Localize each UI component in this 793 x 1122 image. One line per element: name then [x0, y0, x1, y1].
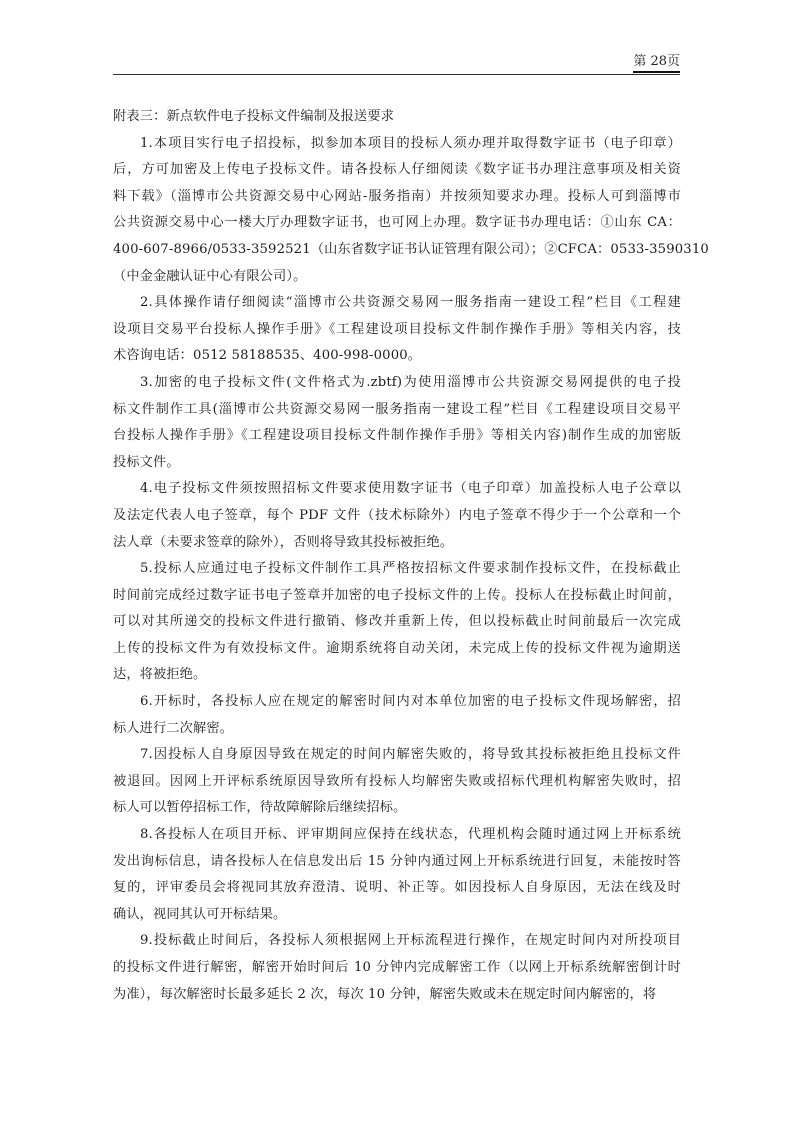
- text-line: 为准），每次解密时长最多延长 2 次，每次 10 分钟，解密失败或未在规定时间内…: [113, 982, 681, 1009]
- text-line: 标人可以暂停招标工作，待故障解除后继续招标。: [113, 795, 681, 822]
- paragraph-7: 7.因投标人自身原因导致在规定的时间内解密失败的，将导致其投标被拒绝且投标文件被…: [113, 742, 681, 822]
- paragraph-1: 1.本项目实行电子招投标，拟参加本项目的投标人须办理并取得数字证书（电子印章）后…: [113, 131, 681, 291]
- text-line: 公共资源交易中心一楼大厅办理数字证书，也可网上办理。数字证书办理电话：①山东 C…: [113, 210, 681, 237]
- text-line: 设项目交易平台投标人操作手册》《工程建设项目投标文件制作操作手册》等相关内容，技: [113, 317, 681, 344]
- paragraph-8: 8.各投标人在项目开标、评审期间应保持在线状态，代理机构会随时通过网上开标系统发…: [113, 822, 681, 928]
- text-line: 术咨询电话：0512 58188535、400-998-0000。: [113, 343, 681, 370]
- text-line: 7.因投标人自身原因导致在规定的时间内解密失败的，将导致其投标被拒绝且投标文件: [113, 742, 681, 769]
- text-line: 2.具体操作请仔细阅读“淄博市公共资源交易网一服务指南一建设工程”栏目《工程建: [113, 290, 681, 317]
- text-line: 复的，评审委员会将视同其放弃澄清、说明、补正等。如因投标人自身原因，无法在线及时: [113, 875, 681, 902]
- text-line: 8.各投标人在项目开标、评审期间应保持在线状态，代理机构会随时通过网上开标系统: [113, 822, 681, 849]
- text-line: 被退回。因网上开评标系统原因导致所有投标人均解密失败或招标代理机构解密失败时，招: [113, 769, 681, 796]
- text-line: 及法定代表人电子签章，每个 PDF 文件（技术标除外）内电子签章不得少于一个公章…: [113, 503, 681, 530]
- paragraph-5: 5.投标人应通过电子投标文件制作工具严格按招标文件要求制作投标文件，在投标截止时…: [113, 556, 681, 689]
- document-body: 附表三：新点软件电子投标文件编制及报送要求 1.本项目实行电子招投标，拟参加本项…: [113, 104, 681, 1008]
- text-line: 料下载》（淄博市公共资源交易中心网站-服务指南）并按须知要求办理。投标人可到淄博…: [113, 184, 681, 211]
- text-line: 的投标文件进行解密，解密开始时间后 10 分钟内完成解密工作（以网上开标系统解密…: [113, 955, 681, 982]
- text-line: 时间前完成经过数字证书电子签章并加密的电子投标文件的上传。投标人在投标截止时间前…: [113, 583, 681, 610]
- text-line: 确认，视同其认可开标结果。: [113, 902, 681, 929]
- paragraph-6: 6.开标时，各投标人应在规定的解密时间内对本单位加密的电子投标文件现场解密，招标…: [113, 689, 681, 742]
- page-number: 第 28页: [633, 53, 680, 73]
- paragraph-9: 9.投标截止时间后，各投标人须根据网上开标流程进行操作，在规定时间内对所投项目的…: [113, 928, 681, 1008]
- text-line: 发出询标信息，请各投标人在信息发出后 15 分钟内通过网上开标系统进行回复，未能…: [113, 849, 681, 876]
- paragraph-3: 3.加密的电子投标文件(文件格式为.zbtf)为使用淄博市公共资源交易网提供的电…: [113, 370, 681, 476]
- text-line: 400-607-8966/0533-3592521（山东省数字证书认证管理有限公…: [113, 237, 681, 264]
- paragraph-list: 1.本项目实行电子招投标，拟参加本项目的投标人须办理并取得数字证书（电子印章）后…: [113, 131, 681, 1009]
- text-line: （中金金融认证中心有限公司）。: [113, 264, 681, 291]
- text-line: 标文件制作工具(淄博市公共资源交易网一服务指南一建设工程”栏目《工程建设项目交易…: [113, 397, 681, 424]
- text-line: 法人章（未要求签章的除外），否则将导致其投标被拒绝。: [113, 530, 681, 557]
- paragraph-2: 2.具体操作请仔细阅读“淄博市公共资源交易网一服务指南一建设工程”栏目《工程建设…: [113, 290, 681, 370]
- page-header: 第 28页: [113, 50, 680, 75]
- text-line: 可以对其所递交的投标文件进行撤销、修改并重新上传，但以投标截止时间前最后一次完成: [113, 609, 681, 636]
- text-line: 投标文件。: [113, 450, 681, 477]
- text-line: 达，将被拒绝。: [113, 662, 681, 689]
- section-title: 附表三：新点软件电子投标文件编制及报送要求: [113, 104, 681, 131]
- text-line: 标人进行二次解密。: [113, 716, 681, 743]
- text-line: 1.本项目实行电子招投标，拟参加本项目的投标人须办理并取得数字证书（电子印章）: [113, 131, 681, 158]
- text-line: 台投标人操作手册》《工程建设项目投标文件制作操作手册》等相关内容)制作生成的加密…: [113, 423, 681, 450]
- text-line: 3.加密的电子投标文件(文件格式为.zbtf)为使用淄博市公共资源交易网提供的电…: [113, 370, 681, 397]
- paragraph-4: 4.电子投标文件须按照招标文件要求使用数字证书（电子印章）加盖投标人电子公章以及…: [113, 476, 681, 556]
- text-line: 4.电子投标文件须按照招标文件要求使用数字证书（电子印章）加盖投标人电子公章以: [113, 476, 681, 503]
- text-line: 6.开标时，各投标人应在规定的解密时间内对本单位加密的电子投标文件现场解密，招: [113, 689, 681, 716]
- text-line: 后，方可加密及上传电子投标文件。请各投标人仔细阅读《数字证书办理注意事项及相关资: [113, 157, 681, 184]
- text-line: 上传的投标文件为有效投标文件。逾期系统将自动关闭，未完成上传的投标文件视为逾期送: [113, 636, 681, 663]
- text-line: 5.投标人应通过电子投标文件制作工具严格按招标文件要求制作投标文件，在投标截止: [113, 556, 681, 583]
- text-line: 9.投标截止时间后，各投标人须根据网上开标流程进行操作，在规定时间内对所投项目: [113, 928, 681, 955]
